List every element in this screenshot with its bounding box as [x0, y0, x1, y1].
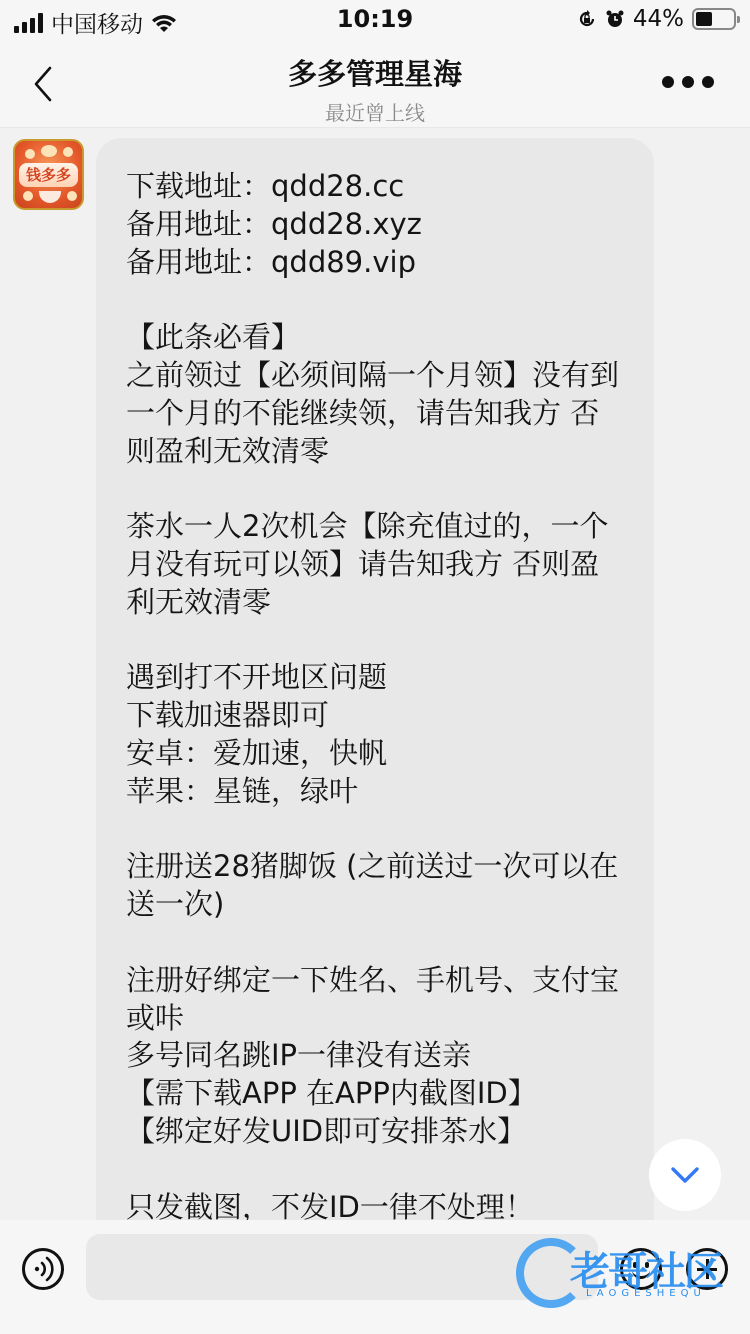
orientation-lock-icon	[577, 9, 597, 29]
message-input[interactable]	[86, 1234, 598, 1300]
battery-icon	[692, 8, 736, 30]
more-button[interactable]	[662, 76, 714, 88]
alarm-icon	[605, 9, 625, 29]
status-right: 44%	[577, 6, 736, 32]
scroll-to-bottom-button[interactable]	[649, 1139, 721, 1211]
avatar[interactable]: 钱多多	[13, 139, 84, 210]
status-bar: 中国移动 10:19 44%	[0, 0, 750, 40]
input-bar	[0, 1220, 750, 1334]
message-bubble[interactable]: 下载地址：qdd28.cc 备用地址：qdd28.xyz 备用地址：qdd89.…	[96, 138, 654, 1220]
chevron-down-icon	[670, 1166, 700, 1184]
battery-percent: 44%	[633, 6, 684, 32]
avatar-logo-text: 钱多多	[19, 163, 78, 187]
chat-title: 多多管理星海	[0, 52, 750, 93]
emoji-icon	[632, 1269, 650, 1279]
chat-header: 多多管理星海 最近曾上线	[0, 40, 750, 128]
voice-icon	[25, 1251, 61, 1287]
voice-button[interactable]	[22, 1248, 64, 1290]
ellipsis-icon	[662, 76, 674, 88]
online-status: 最近曾上线	[0, 97, 750, 126]
plus-button[interactable]	[686, 1248, 728, 1290]
message-list[interactable]: 钱多多 下载地址：qdd28.cc 备用地址：qdd28.xyz 备用地址：qd…	[0, 129, 750, 1220]
emoji-button[interactable]	[620, 1248, 662, 1290]
